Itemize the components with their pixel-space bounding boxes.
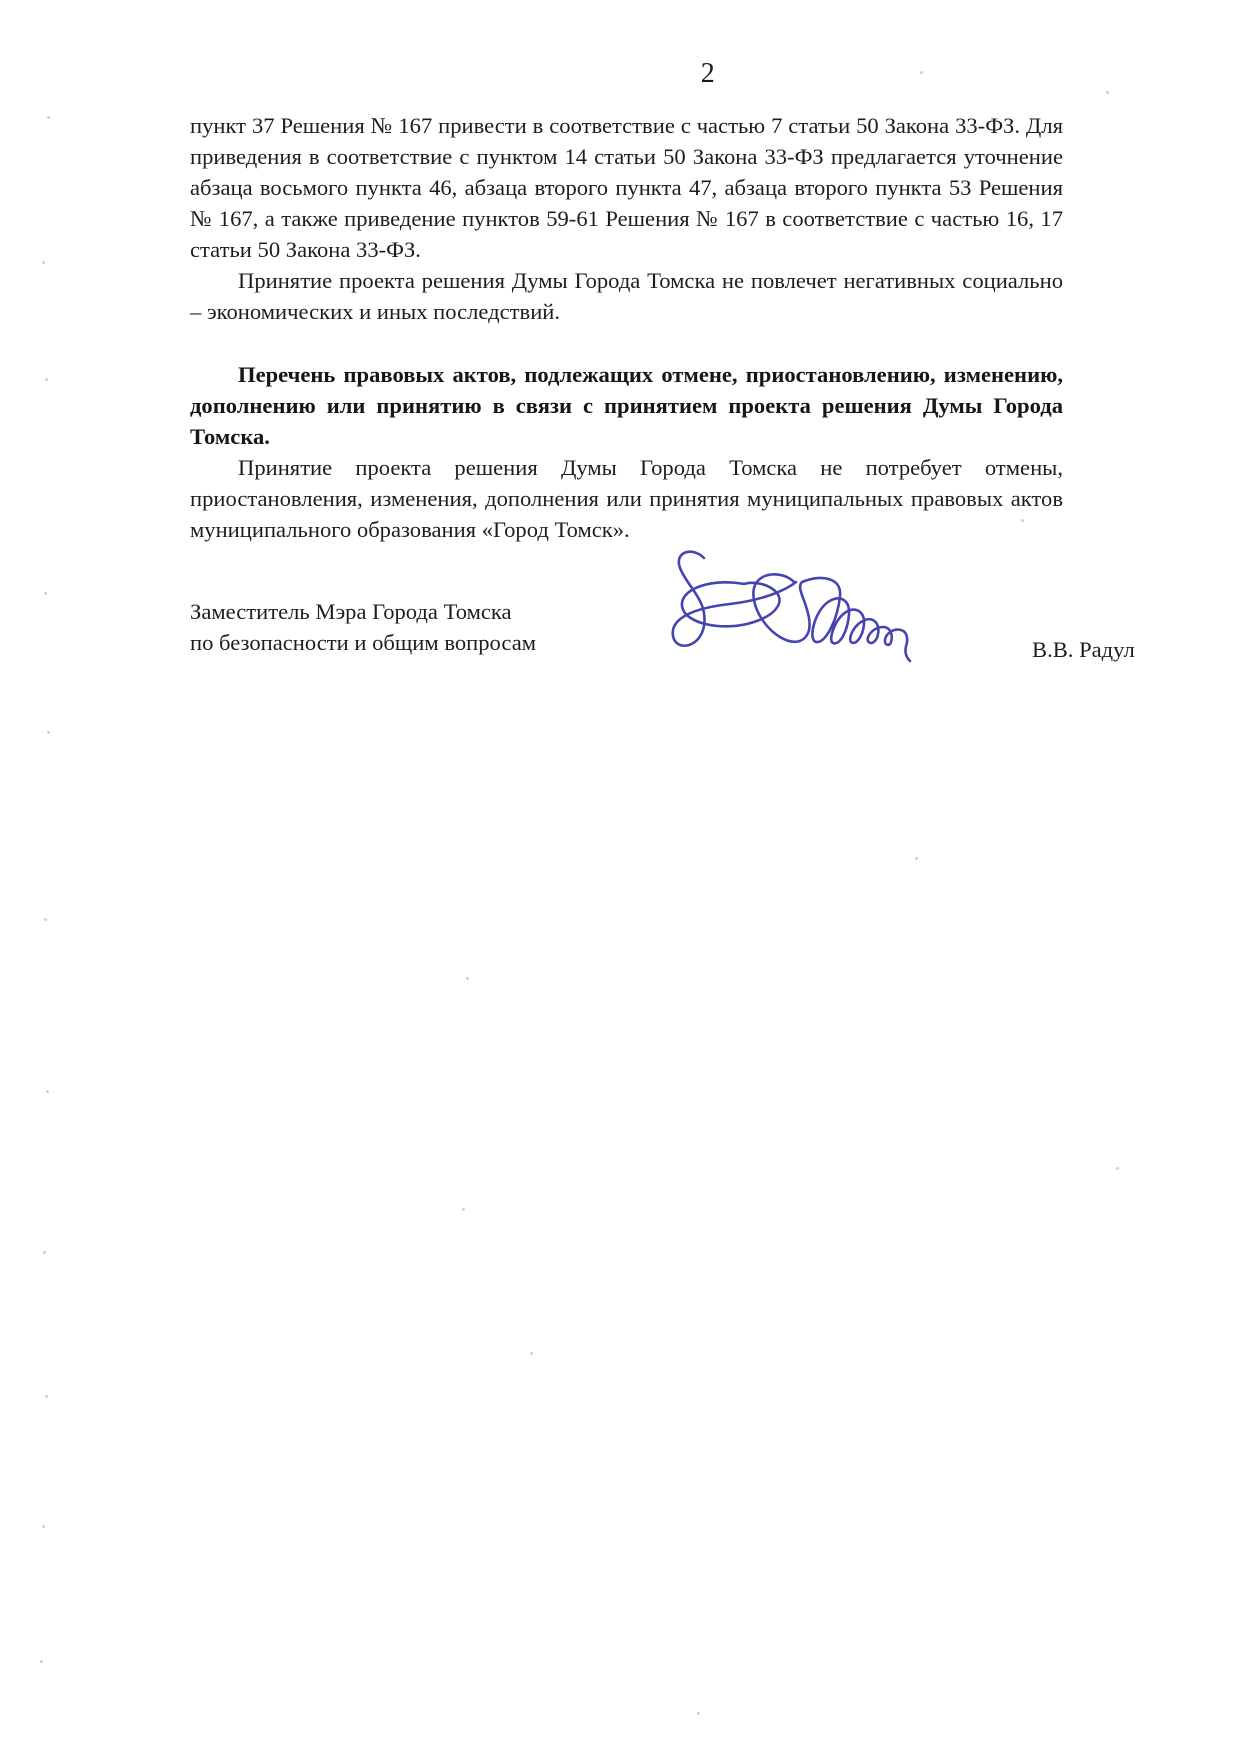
scan-speck [466, 977, 469, 980]
scan-speck [47, 731, 50, 734]
page-number: 2 [688, 58, 728, 90]
section-heading: Перечень правовых актов, подлежащих отме… [190, 359, 1063, 452]
signer-position-line2: по безопасности и общим вопросам [190, 627, 610, 658]
scan-speck [43, 1251, 46, 1254]
scan-speck [1021, 519, 1024, 522]
scan-speck [462, 1208, 465, 1211]
scan-speck [45, 1395, 48, 1398]
paragraph-continuation: пункт 37 Решения № 167 привести в соотве… [190, 110, 1063, 265]
scan-speck [44, 592, 47, 595]
document-page: 2 пункт 37 Решения № 167 привести в соот… [0, 0, 1240, 1753]
scan-speck [42, 261, 45, 264]
scan-speck [1116, 1167, 1119, 1170]
scan-speck [530, 1352, 533, 1355]
scan-speck [915, 857, 918, 860]
signer-position-line1: Заместитель Мэра Города Томска [190, 596, 610, 627]
handwritten-signature-icon [646, 544, 944, 668]
paragraph-legal-acts: Принятие проекта решения Думы Города Том… [190, 452, 1063, 545]
paragraph-consequences: Принятие проекта решения Думы Города Том… [190, 265, 1063, 327]
signer-name: В.В. Радул [1032, 637, 1135, 663]
scan-speck [40, 1660, 43, 1663]
scan-speck [42, 1525, 45, 1528]
scan-speck [1106, 91, 1109, 94]
signer-position: Заместитель Мэра Города Томска по безопа… [190, 596, 610, 658]
document-body: пункт 37 Решения № 167 привести в соотве… [190, 110, 1063, 545]
scan-speck [47, 116, 50, 119]
scan-speck [46, 1090, 49, 1093]
scan-speck [697, 1712, 700, 1715]
scan-speck [45, 378, 48, 381]
scan-speck [920, 71, 923, 74]
scan-speck [44, 918, 47, 921]
